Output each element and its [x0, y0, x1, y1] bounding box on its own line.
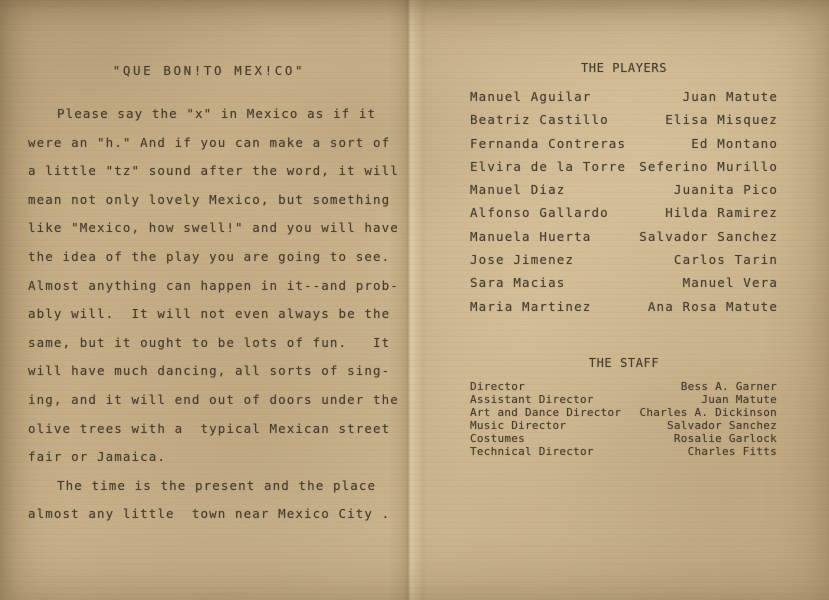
staff-role: Assistant Director — [470, 393, 594, 406]
paragraph-line: olive trees with a typical Mexican stree… — [28, 415, 400, 444]
player-role: Alfonso Gallardo — [470, 201, 609, 224]
paragraph-line: fair or Jamaica. — [28, 443, 400, 472]
paragraph-line: ably will. It will not even always be th… — [28, 300, 400, 329]
intro-paragraph: Please say the "x" in Mexico as if it we… — [28, 100, 400, 529]
staff-role: Technical Director — [470, 445, 594, 458]
page-title: "QUE BON!TO MEX!CO" — [28, 63, 390, 78]
paragraph-line: The time is the present and the place — [28, 472, 400, 501]
paragraph-line: almost any little town near Mexico City … — [28, 500, 400, 529]
player-actor: Carlos Tarin — [674, 248, 778, 271]
staff-name: Charles A. Dickinson — [640, 406, 777, 419]
paragraph-line: Please say the "x" in Mexico as if it — [28, 100, 400, 129]
staff-role: Costumes — [470, 432, 525, 445]
player-actor: Elisa Misquez — [665, 108, 778, 131]
player-actor: Juanita Pico — [674, 178, 778, 201]
paragraph-line: will have much dancing, all sorts of sin… — [28, 357, 400, 386]
player-role: Manuela Huerta — [470, 225, 591, 248]
player-row: Elvira de la Torre Seferino Murillo — [470, 155, 778, 178]
paragraph-line: ing, and it will end out of doors under … — [28, 386, 400, 415]
player-row: Jose Jimenez Carlos Tarin — [470, 248, 778, 271]
staff-role: Art and Dance Director — [470, 406, 621, 419]
staff-name: Salvador Sanchez — [667, 419, 777, 432]
player-row: Manuel Diaz Juanita Pico — [470, 178, 778, 201]
staff-row: Assistant Director Juan Matute — [470, 393, 777, 406]
player-role: Manuel Aguilar — [470, 85, 591, 108]
player-role: Jose Jimenez — [470, 248, 574, 271]
players-list: Manuel Aguilar Juan Matute Beatriz Casti… — [470, 85, 778, 318]
staff-name: Charles Fitts — [688, 445, 777, 458]
player-row: Sara Macias Manuel Vera — [470, 271, 778, 294]
staff-role: Music Director — [470, 419, 566, 432]
player-actor: Manuel Vera — [683, 271, 778, 294]
player-row: Maria Martinez Ana Rosa Matute — [470, 295, 778, 318]
player-actor: Juan Matute — [683, 85, 778, 108]
player-role: Beatriz Castillo — [470, 108, 609, 131]
player-actor: Hilda Ramirez — [665, 201, 778, 224]
staff-list: Director Bess A. Garner Assistant Direct… — [470, 380, 777, 458]
player-role: Manuel Diaz — [470, 178, 565, 201]
staff-heading: THE STAFF — [470, 356, 778, 370]
player-role: Sara Macias — [470, 271, 565, 294]
player-row: Beatriz Castillo Elisa Misquez — [470, 108, 778, 131]
players-heading: THE PLAYERS — [470, 61, 778, 75]
player-role: Elvira de la Torre — [470, 155, 626, 178]
player-row: Fernanda Contreras Ed Montano — [470, 132, 778, 155]
paragraph-line: mean not only lovely Mexico, but somethi… — [28, 186, 400, 215]
paragraph-line: a little "tz" sound after the word, it w… — [28, 157, 400, 186]
staff-name: Rosalie Garlock — [674, 432, 777, 445]
program-scan: "QUE BON!TO MEX!CO" Please say the "x" i… — [0, 0, 829, 600]
player-role: Fernanda Contreras — [470, 132, 626, 155]
player-actor: Salvador Sanchez — [639, 225, 778, 248]
paragraph-line: like "Mexico, how swell!" and you will h… — [28, 214, 400, 243]
player-actor: Ana Rosa Matute — [648, 295, 778, 318]
staff-name: Bess A. Garner — [681, 380, 777, 393]
paragraph-line: Almost anything can happen in it--and pr… — [28, 272, 400, 301]
paragraph-line: same, but it ought to be lots of fun. It — [28, 329, 400, 358]
staff-role: Director — [470, 380, 525, 393]
player-row: Alfonso Gallardo Hilda Ramirez — [470, 201, 778, 224]
staff-row: Costumes Rosalie Garlock — [470, 432, 777, 445]
staff-row: Technical Director Charles Fitts — [470, 445, 777, 458]
player-actor: Seferino Murillo — [639, 155, 778, 178]
player-row: Manuela Huerta Salvador Sanchez — [470, 225, 778, 248]
player-row: Manuel Aguilar Juan Matute — [470, 85, 778, 108]
staff-name: Juan Matute — [701, 393, 777, 406]
player-role: Maria Martinez — [470, 295, 591, 318]
staff-row: Director Bess A. Garner — [470, 380, 777, 393]
paragraph-line: were an "h." And if you can make a sort … — [28, 129, 400, 158]
player-actor: Ed Montano — [691, 132, 778, 155]
staff-row: Music Director Salvador Sanchez — [470, 419, 777, 432]
staff-row: Art and Dance Director Charles A. Dickin… — [470, 406, 777, 419]
paragraph-line: the idea of the play you are going to se… — [28, 243, 400, 272]
